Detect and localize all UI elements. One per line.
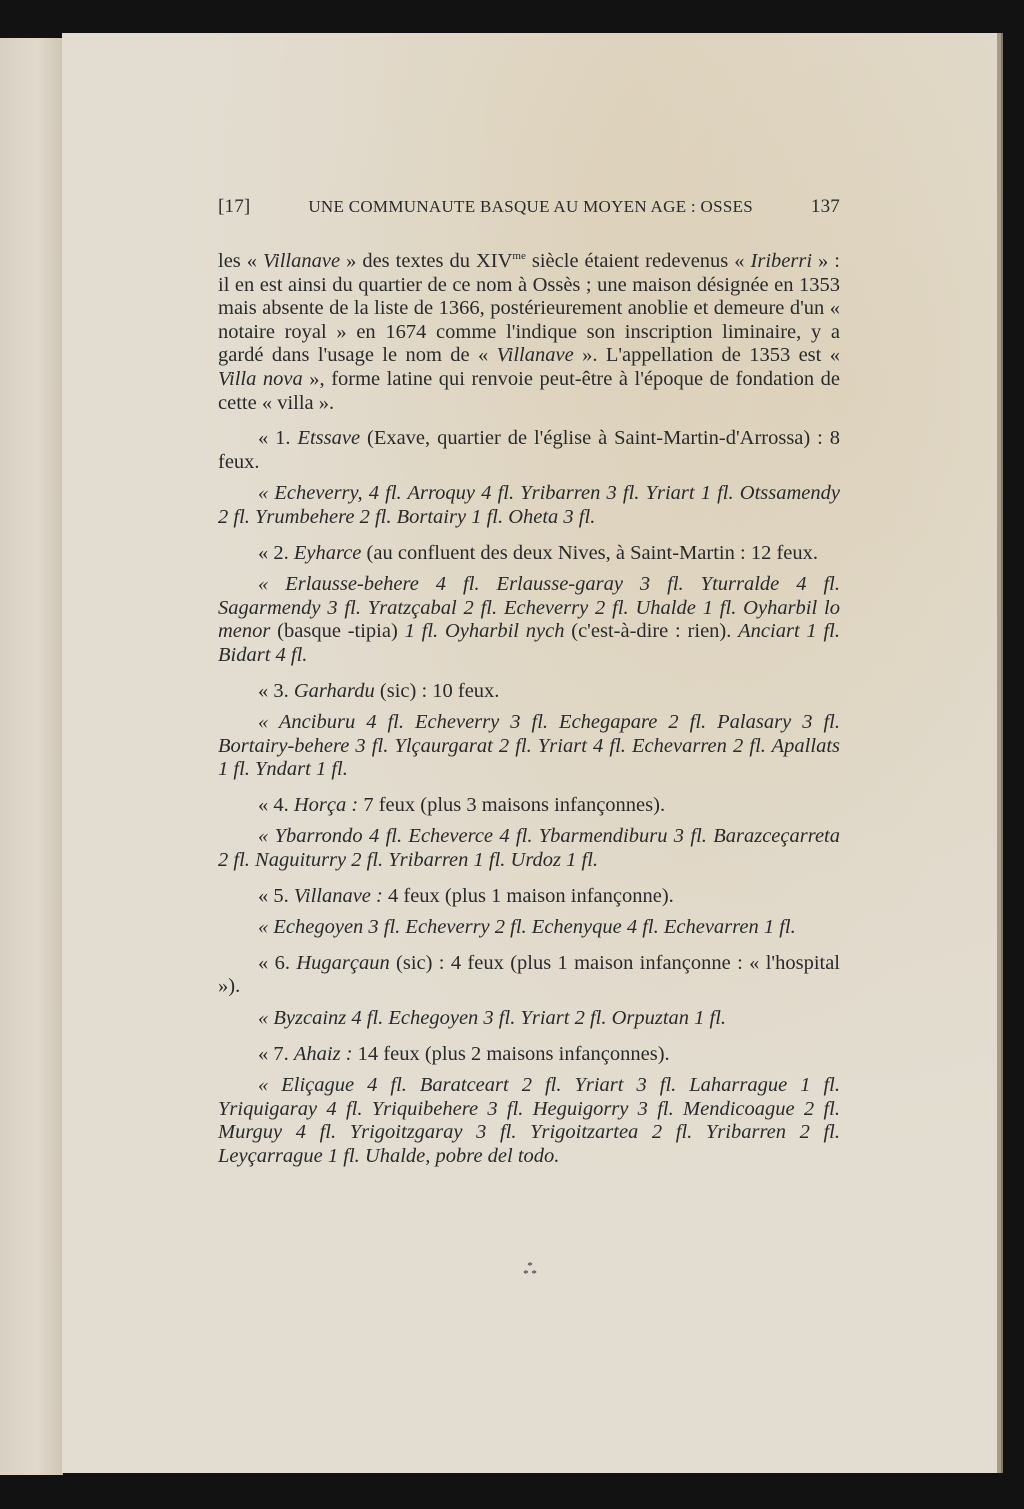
entry-heading-1: « 1. Etssave (Exave, quartier de l'églis…	[218, 427, 840, 474]
entry-heading-5: « 5. Villanave : 4 feux (plus 1 maison i…	[218, 885, 840, 909]
entry-heading-3: « 3. Garhardu (sic) : 10 feux.	[218, 680, 840, 704]
facing-page-edge	[0, 38, 63, 1475]
entry-houses-1: « Echeverry, 4 fl. Arroquy 4 fl. Yribarr…	[218, 482, 840, 529]
page-body: les « Villanave » des textes du XIVme si…	[218, 250, 840, 1169]
asterism-section-break: * * *	[518, 1262, 542, 1282]
entry-houses-4: « Ybarrondo 4 fl. Echeverce 4 fl. Ybarme…	[218, 825, 840, 872]
entry-houses-6: « Byzcainz 4 fl. Echegoyen 3 fl. Yriart …	[218, 1007, 840, 1031]
entry-heading-2: « 2. Eyharce (au confluent des deux Nive…	[218, 542, 840, 566]
entry-houses-5: « Echegoyen 3 fl. Echeverry 2 fl. Echeny…	[218, 916, 840, 940]
entry-heading-6: « 6. Hugarçaun (sic) : 4 feux (plus 1 ma…	[218, 952, 840, 999]
intro-paragraph: les « Villanave » des textes du XIVme si…	[218, 250, 840, 415]
running-title: UNE COMMUNAUTE BASQUE AU MOYEN AGE : OSS…	[308, 197, 753, 217]
page-number: 137	[811, 196, 840, 218]
entry-houses-2: « Erlausse-behere 4 fl. Erlausse-garay 3…	[218, 573, 840, 667]
entry-heading-4: « 4. Horça : 7 feux (plus 3 maisons infa…	[218, 794, 840, 818]
running-header: [17] UNE COMMUNAUTE BASQUE AU MOYEN AGE …	[218, 196, 840, 218]
entry-houses-3: « Anciburu 4 fl. Echeverry 3 fl. Echegap…	[218, 711, 840, 782]
entry-heading-7: « 7. Ahaiz : 14 feux (plus 2 maisons inf…	[218, 1043, 840, 1067]
section-number: [17]	[218, 196, 250, 218]
entry-houses-7: « Eliçague 4 fl. Baratceart 2 fl. Yriart…	[218, 1074, 840, 1168]
asterism-stars-bottom: * *	[518, 1270, 542, 1278]
